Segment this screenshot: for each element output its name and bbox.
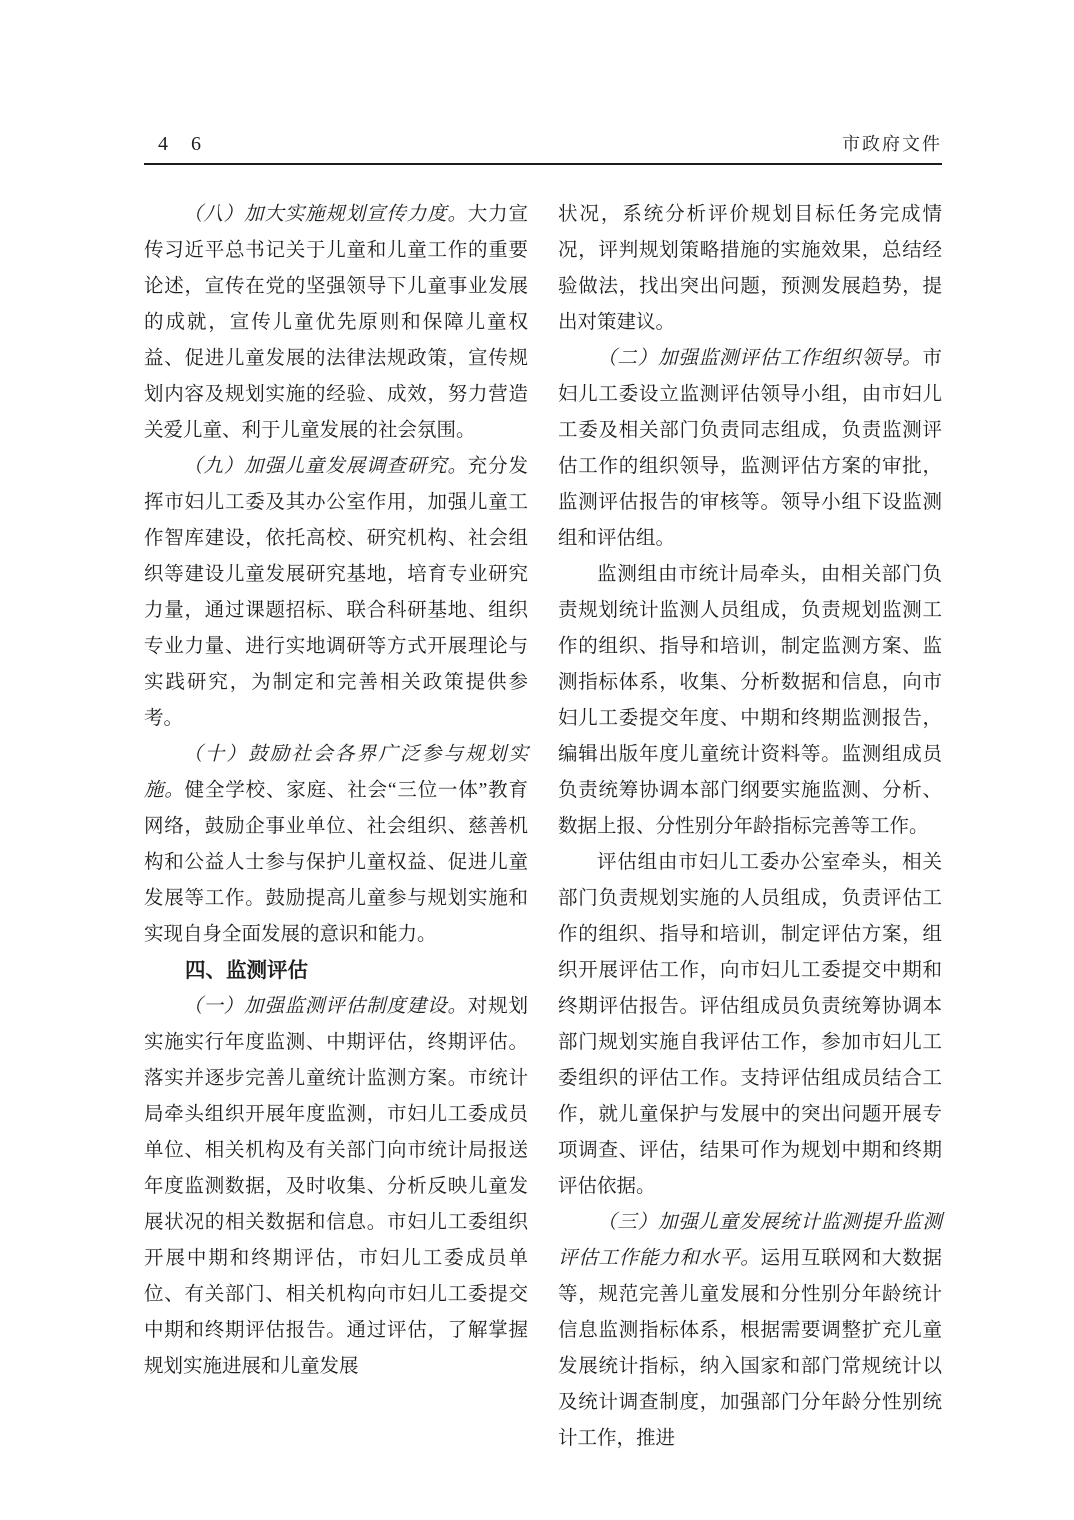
paragraph-1-lead: （一）加强监测评估制度建设。 <box>183 996 468 1017</box>
header-title: 市政府文件 <box>842 130 942 156</box>
paragraph-1-text: 对规划实施实行年度监测、中期评估，终期评估。落实并逐步完善儿童统计监测方案。市统… <box>144 996 528 1377</box>
paragraph-9-text: 充分发挥市妇儿工委及其办公室作用，加强儿童工作智库建设，依托高校、研究机构、社会… <box>144 456 528 729</box>
paragraph-9: （九）加强儿童发展调查研究。充分发挥市妇儿工委及其办公室作用，加强儿童工作智库建… <box>144 449 528 737</box>
section-heading-monitoring-evaluation: 四、监测评估 <box>144 953 528 989</box>
paragraph-3: （三）加强儿童发展统计监测提升监测评估工作能力和水平。运用互联网和大数据等，规范… <box>558 1205 942 1457</box>
paragraph-9-lead: （九）加强儿童发展调查研究。 <box>183 456 468 477</box>
paragraph-monitoring-group-text: 监测组由市统计局牵头，由相关部门负责规划统计监测人员组成，负责规划监测工作的组织… <box>558 564 942 837</box>
page-number: 4 6 <box>144 133 210 156</box>
paragraph-1-continuation: 状况，系统分析评价规划目标任务完成情况，评判规划策略措施的实施效果，总结经验做法… <box>558 197 942 341</box>
paragraph-1: （一）加强监测评估制度建设。对规划实施实行年度监测、中期评估，终期评估。落实并逐… <box>144 989 528 1385</box>
paragraph-10: （十）鼓励社会各界广泛参与规划实施。健全学校、家庭、社会“三位一体”教育网络，鼓… <box>144 737 528 953</box>
paragraph-8-lead: （八）加大实施规划宣传力度。 <box>183 204 468 225</box>
paragraph-2: （二）加强监测评估工作组织领导。市妇儿工委设立监测评估领导小组，由市妇儿工委及相… <box>558 341 942 557</box>
document-page: 4 6 市政府文件 （八）加大实施规划宣传力度。大力宣传习近平总书记关于儿童和儿… <box>0 0 1074 1520</box>
paragraph-2-lead: （二）加强监测评估工作组织领导。 <box>597 348 922 369</box>
paragraph-3-text: 运用互联网和大数据等，规范完善儿童发展和分性别分年龄统计信息监测指标体系，根据需… <box>558 1248 942 1449</box>
page-header: 4 6 市政府文件 <box>144 130 942 165</box>
paragraph-8-text: 大力宣传习近平总书记关于儿童和儿童工作的重要论述，宣传在党的坚强领导下儿童事业发… <box>144 204 528 441</box>
paragraph-monitoring-group: 监测组由市统计局牵头，由相关部门负责规划统计监测人员组成，负责规划监测工作的组织… <box>558 557 942 845</box>
document-body: （八）加大实施规划宣传力度。大力宣传习近平总书记关于儿童和儿童工作的重要论述，宣… <box>144 197 942 1457</box>
right-column: 状况，系统分析评价规划目标任务完成情况，评判规划策略措施的实施效果，总结经验做法… <box>558 197 942 1457</box>
left-column: （八）加大实施规划宣传力度。大力宣传习近平总书记关于儿童和儿童工作的重要论述，宣… <box>144 197 528 1457</box>
paragraph-2-text: 市妇儿工委设立监测评估领导小组，由市妇儿工委及相关部门负责同志组成，负责监测评估… <box>558 348 942 549</box>
paragraph-evaluation-group-text: 评估组由市妇儿工委办公室牵头，相关部门负责规划实施的人员组成，负责评估工作的组织… <box>558 852 942 1197</box>
paragraph-1-continuation-text: 状况，系统分析评价规划目标任务完成情况，评判规划策略措施的实施效果，总结经验做法… <box>558 204 942 333</box>
paragraph-10-text: 健全学校、家庭、社会“三位一体”教育网络，鼓励企事业单位、社会组织、慈善机构和公… <box>144 780 528 945</box>
paragraph-8: （八）加大实施规划宣传力度。大力宣传习近平总书记关于儿童和儿童工作的重要论述，宣… <box>144 197 528 449</box>
paragraph-evaluation-group: 评估组由市妇儿工委办公室牵头，相关部门负责规划实施的人员组成，负责评估工作的组织… <box>558 845 942 1205</box>
